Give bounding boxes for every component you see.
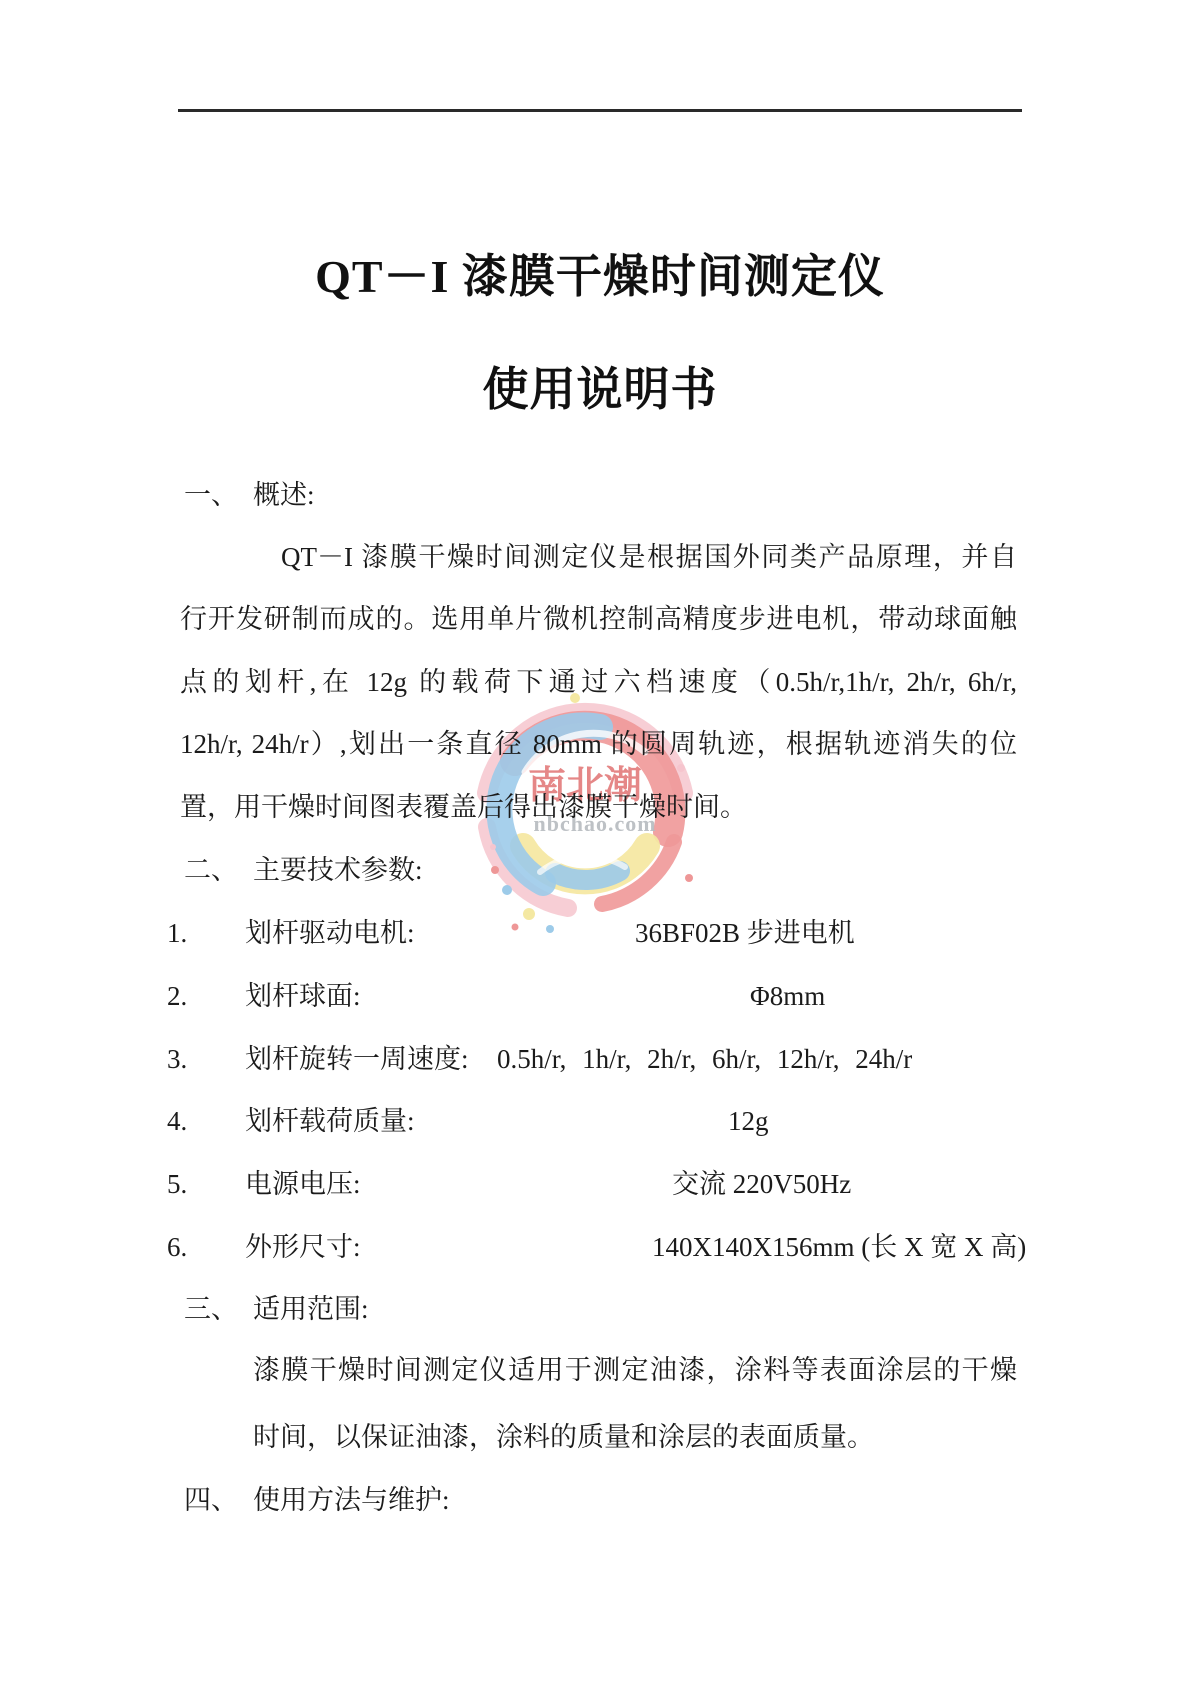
parameters-list: 1.划杆驱动电机:36BF02B 步进电机 2.划杆球面:Φ8mm 3.划杆旋转… <box>167 902 1022 1279</box>
item-number: 1. <box>167 902 245 965</box>
section-heading-usage: 四、 使用方法与维护: <box>184 1469 450 1531</box>
paragraph-line: 时间，以保证油漆，涂料的质量和涂层的表面质量。 <box>253 1404 1017 1471</box>
document-page: 南北潮 nbchao.com QT－I 漆膜干燥时间测定仪 使用说明书 一、 概… <box>0 0 1200 1697</box>
item-value: 交流 220V50Hz <box>672 1153 851 1216</box>
watermark-splatter-dot <box>685 874 693 882</box>
watermark-splatter-dot <box>502 885 512 895</box>
paragraph-line: QT－I 漆膜干燥时间测定仪是根据国外同类产品原理，并自 <box>180 526 1017 588</box>
parameter-item: 2.划杆球面:Φ8mm <box>167 965 1022 1028</box>
item-value: 12g <box>728 1090 769 1153</box>
item-value: 140X140X156mm (长 X 宽 X 高) <box>652 1216 1026 1279</box>
parameter-item: 3.划杆旋转一周速度:0.5h/r, 1h/r, 2h/r, 6h/r, 12h… <box>167 1028 1022 1091</box>
section-heading-overview: 一、 概述: <box>184 464 315 526</box>
item-label: 划杆驱动电机: <box>245 918 415 948</box>
parameter-item: 5.电源电压:交流 220V50Hz <box>167 1153 1022 1216</box>
item-value: 36BF02B 步进电机 <box>635 902 855 965</box>
header-rule <box>178 109 1022 112</box>
section-heading-parameters: 二、 主要技术参数: <box>184 839 423 901</box>
item-number: 4. <box>167 1090 245 1153</box>
paragraph-line: 漆膜干燥时间测定仪适用于测定油漆，涂料等表面涂层的干燥 <box>253 1337 1017 1404</box>
paragraph-line: 12h/r, 24h/r）,划出一条直径 80mm 的圆周轨迹，根据轨迹消失的位 <box>180 713 1017 775</box>
paragraph-line: 点的划杆,在 12g 的载荷下通过六档速度（0.5h/r,1h/r, 2h/r,… <box>180 651 1017 713</box>
item-label: 外形尺寸: <box>245 1232 361 1262</box>
item-label: 电源电压: <box>245 1169 361 1199</box>
watermark-red-arc <box>602 842 674 904</box>
overview-paragraph: QT－I 漆膜干燥时间测定仪是根据国外同类产品原理，并自 行开发研制而成的。选用… <box>180 526 1017 838</box>
watermark-splatter-dot <box>491 866 499 874</box>
section-title: 主要技术参数: <box>253 839 423 901</box>
section-heading-scope: 三、 适用范围: <box>184 1278 369 1340</box>
document-title: QT－I 漆膜干燥时间测定仪 <box>0 239 1200 315</box>
watermark-blue-arc <box>555 871 620 880</box>
section-number: 三、 <box>184 1278 253 1340</box>
section-title: 概述: <box>253 464 315 526</box>
document-subtitle: 使用说明书 <box>0 352 1200 428</box>
watermark-white-streak <box>540 856 625 872</box>
item-value: 0.5h/r, 1h/r, 2h/r, 6h/r, 12h/r, 24h/r <box>497 1028 912 1091</box>
watermark-yellow-arc <box>523 846 647 881</box>
scope-paragraph: 漆膜干燥时间测定仪适用于测定油漆，涂料等表面涂层的干燥 时间，以保证油漆，涂料的… <box>253 1337 1017 1471</box>
item-label: 划杆球面: <box>245 981 361 1011</box>
watermark-pink-arc <box>487 827 568 908</box>
parameter-item: 6.外形尺寸:140X140X156mm (长 X 宽 X 高) <box>167 1216 1022 1279</box>
section-number: 一、 <box>184 464 253 526</box>
item-label: 划杆旋转一周速度: <box>245 1044 469 1074</box>
item-number: 5. <box>167 1153 245 1216</box>
section-number: 二、 <box>184 839 253 901</box>
parameter-item: 1.划杆驱动电机:36BF02B 步进电机 <box>167 902 1022 965</box>
item-number: 3. <box>167 1028 245 1091</box>
section-title: 适用范围: <box>253 1278 369 1340</box>
item-number: 2. <box>167 965 245 1028</box>
section-title: 使用方法与维护: <box>253 1469 450 1531</box>
section-number: 四、 <box>184 1469 253 1531</box>
watermark-splatter-dot <box>490 844 496 850</box>
item-value: Φ8mm <box>750 965 825 1028</box>
item-number: 6. <box>167 1216 245 1279</box>
parameter-item: 4.划杆载荷质量:12g <box>167 1090 1022 1153</box>
item-label: 划杆载荷质量: <box>245 1106 415 1136</box>
paragraph-line: 置，用干燥时间图表覆盖后得出漆膜干燥时间。 <box>180 776 1017 838</box>
paragraph-line: 行开发研制而成的。选用单片微机控制高精度步进电机，带动球面触 <box>180 588 1017 650</box>
